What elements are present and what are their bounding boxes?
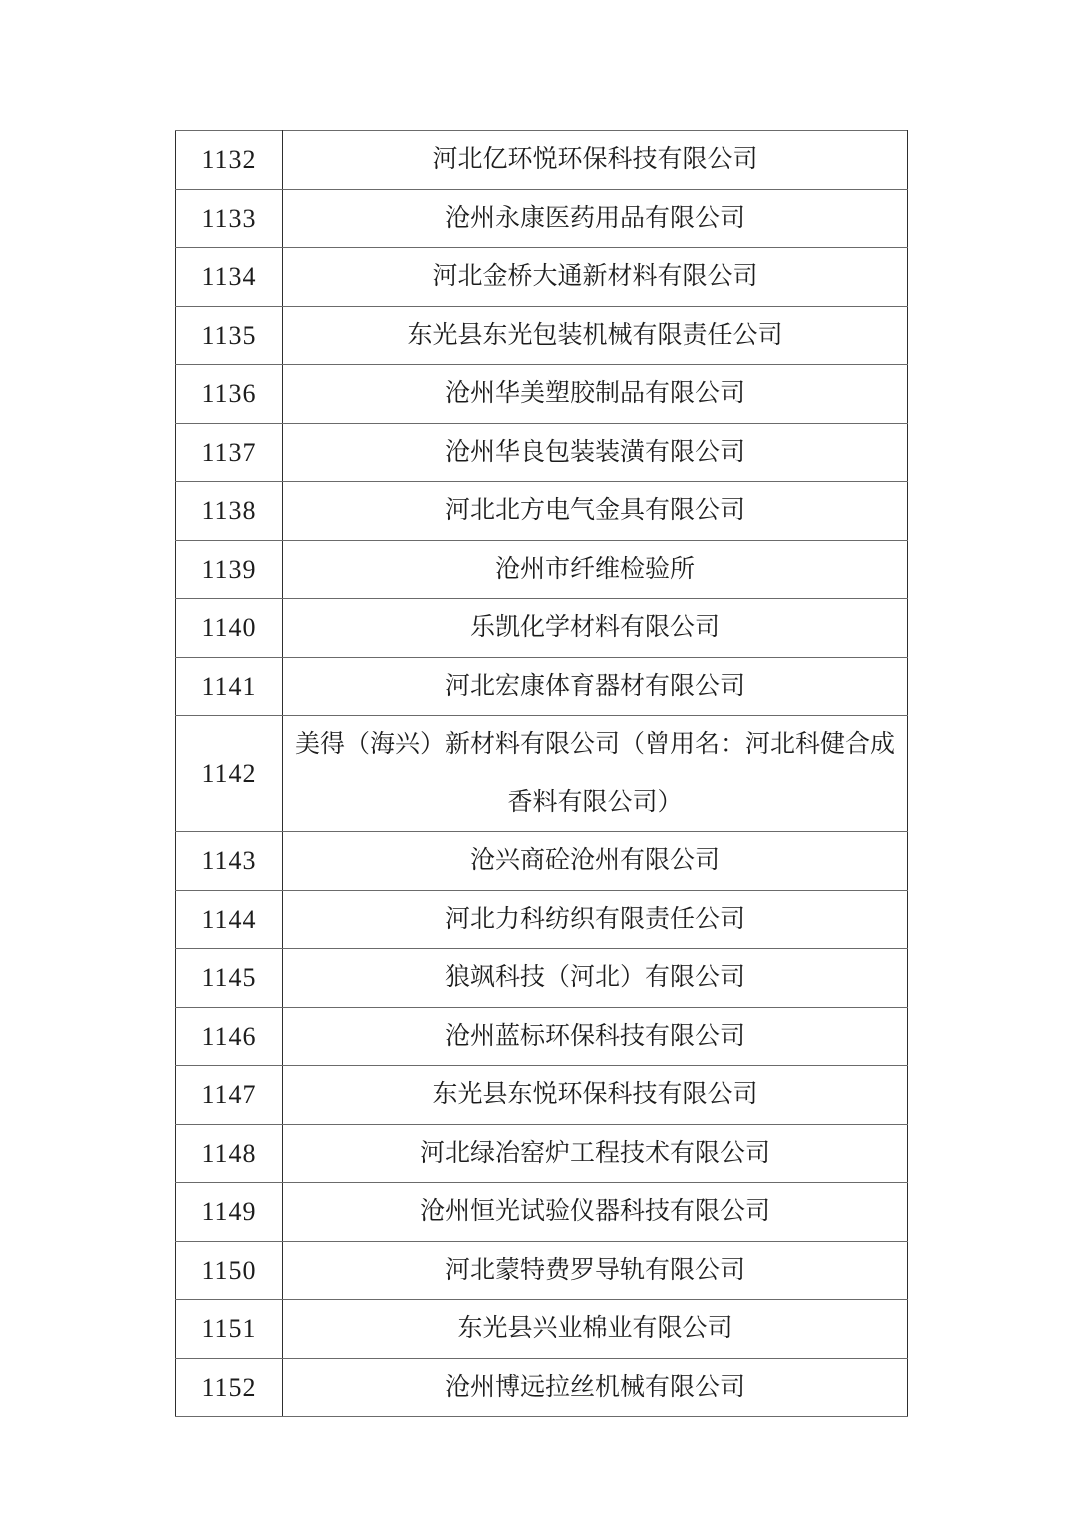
row-number: 1148 [176, 1124, 283, 1183]
row-number: 1152 [176, 1358, 283, 1417]
row-company-name: 河北金桥大通新材料有限公司 [283, 248, 908, 307]
row-company-name: 河北宏康体育器材有限公司 [283, 657, 908, 716]
row-company-name: 狼飒科技（河北）有限公司 [283, 949, 908, 1008]
row-company-name: 乐凯化学材料有限公司 [283, 599, 908, 658]
table-row: 1139 沧州市纤维检验所 [176, 540, 908, 599]
table-row: 1132 河北亿环悦环保科技有限公司 [176, 131, 908, 190]
row-number: 1141 [176, 657, 283, 716]
row-number: 1138 [176, 482, 283, 541]
row-number: 1136 [176, 365, 283, 424]
row-number: 1140 [176, 599, 283, 658]
company-table: 1132 河北亿环悦环保科技有限公司 1133 沧州永康医药用品有限公司 113… [175, 130, 908, 1417]
row-company-name: 沧州华美塑胶制品有限公司 [283, 365, 908, 424]
row-number: 1142 [176, 716, 283, 832]
row-number: 1134 [176, 248, 283, 307]
table-row: 1137 沧州华良包装装潢有限公司 [176, 423, 908, 482]
table-row: 1146 沧州蓝标环保科技有限公司 [176, 1007, 908, 1066]
row-number: 1150 [176, 1241, 283, 1300]
table-row: 1134 河北金桥大通新材料有限公司 [176, 248, 908, 307]
row-company-name: 河北蒙特费罗导轨有限公司 [283, 1241, 908, 1300]
table-row: 1152 沧州博远拉丝机械有限公司 [176, 1358, 908, 1417]
table-row: 1133 沧州永康医药用品有限公司 [176, 189, 908, 248]
row-number: 1151 [176, 1300, 283, 1359]
row-number: 1143 [176, 832, 283, 891]
table-row: 1142 美得（海兴）新材料有限公司（曾用名：河北科健合成 香料有限公司） [176, 716, 908, 832]
row-company-name: 河北力科纺织有限责任公司 [283, 890, 908, 949]
document-page: 1132 河北亿环悦环保科技有限公司 1133 沧州永康医药用品有限公司 113… [0, 0, 1080, 1527]
row-company-name: 美得（海兴）新材料有限公司（曾用名：河北科健合成 香料有限公司） [283, 716, 908, 832]
row-company-name: 河北亿环悦环保科技有限公司 [283, 131, 908, 190]
row-company-name: 沧州华良包装装潢有限公司 [283, 423, 908, 482]
company-table-body: 1132 河北亿环悦环保科技有限公司 1133 沧州永康医药用品有限公司 113… [176, 131, 908, 1417]
row-company-name: 沧州永康医药用品有限公司 [283, 189, 908, 248]
table-row: 1143 沧兴商砼沧州有限公司 [176, 832, 908, 891]
table-row: 1141 河北宏康体育器材有限公司 [176, 657, 908, 716]
table-row: 1150 河北蒙特费罗导轨有限公司 [176, 1241, 908, 1300]
row-number: 1139 [176, 540, 283, 599]
row-company-name: 东光县兴业棉业有限公司 [283, 1300, 908, 1359]
row-number: 1132 [176, 131, 283, 190]
row-company-name: 东光县东光包装机械有限责任公司 [283, 306, 908, 365]
row-company-name: 沧州博远拉丝机械有限公司 [283, 1358, 908, 1417]
row-number: 1135 [176, 306, 283, 365]
table-row: 1135 东光县东光包装机械有限责任公司 [176, 306, 908, 365]
row-number: 1144 [176, 890, 283, 949]
row-number: 1149 [176, 1183, 283, 1242]
row-company-name: 河北北方电气金具有限公司 [283, 482, 908, 541]
row-number: 1137 [176, 423, 283, 482]
row-number: 1133 [176, 189, 283, 248]
table-row: 1138 河北北方电气金具有限公司 [176, 482, 908, 541]
table-row: 1147 东光县东悦环保科技有限公司 [176, 1066, 908, 1125]
table-row: 1136 沧州华美塑胶制品有限公司 [176, 365, 908, 424]
table-row: 1145 狼飒科技（河北）有限公司 [176, 949, 908, 1008]
table-row: 1151 东光县兴业棉业有限公司 [176, 1300, 908, 1359]
row-company-name: 沧州恒光试验仪器科技有限公司 [283, 1183, 908, 1242]
row-number: 1146 [176, 1007, 283, 1066]
row-company-name: 沧州市纤维检验所 [283, 540, 908, 599]
row-company-name: 河北绿冶窑炉工程技术有限公司 [283, 1124, 908, 1183]
table-row: 1140 乐凯化学材料有限公司 [176, 599, 908, 658]
row-number: 1147 [176, 1066, 283, 1125]
row-company-name: 东光县东悦环保科技有限公司 [283, 1066, 908, 1125]
row-company-name: 沧州蓝标环保科技有限公司 [283, 1007, 908, 1066]
row-company-name: 沧兴商砼沧州有限公司 [283, 832, 908, 891]
table-row: 1148 河北绿冶窑炉工程技术有限公司 [176, 1124, 908, 1183]
table-row: 1144 河北力科纺织有限责任公司 [176, 890, 908, 949]
table-row: 1149 沧州恒光试验仪器科技有限公司 [176, 1183, 908, 1242]
row-number: 1145 [176, 949, 283, 1008]
